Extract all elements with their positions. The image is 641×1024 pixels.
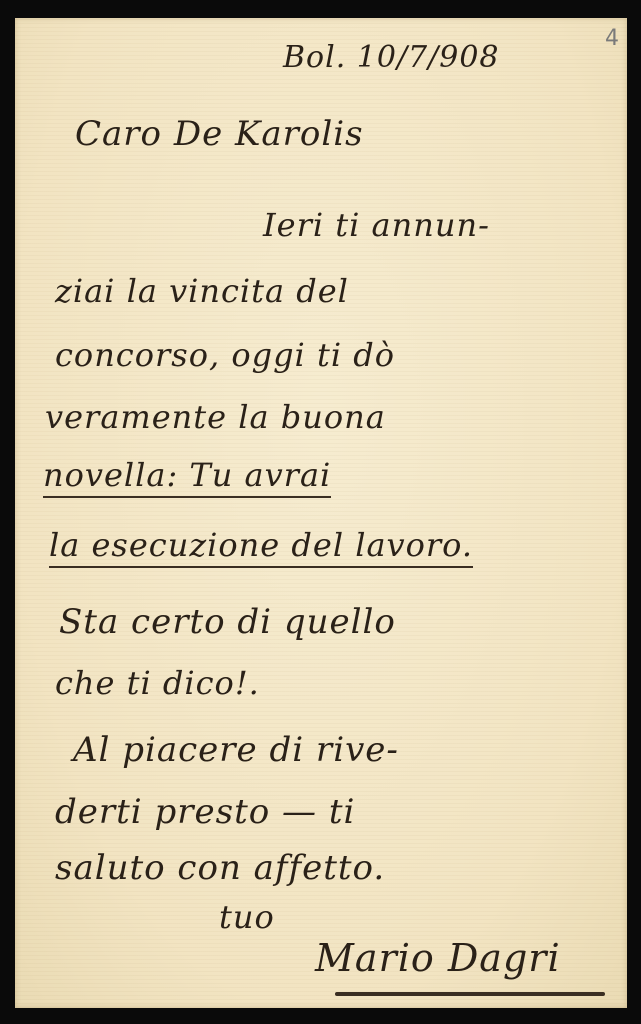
letter-page: 4 Bol. 10/7/908 Caro De Karolis Ieri ti … (15, 18, 627, 1008)
closing: tuo (219, 898, 275, 936)
salutation: Caro De Karolis (75, 114, 364, 154)
body-line-6: la esecuzione del lavoro. (49, 526, 473, 568)
body-line-4-text: veramente la buona (45, 398, 386, 436)
body-line-2: ziai la vincita del (55, 272, 349, 310)
place-date: Bol. 10/7/908 (283, 40, 500, 75)
body-line-3: concorso, oggi ti dò (55, 336, 395, 374)
signature: Mario Dagri (315, 936, 561, 980)
body-line-1: Ieri ti annun- (263, 206, 490, 244)
body-line-10: derti presto — ti (55, 792, 355, 832)
body-line-4: veramente la buona (45, 398, 386, 436)
body-line-7: Sta certo di quello (59, 602, 396, 642)
page-number: 4 (605, 26, 619, 51)
body-line-5: novella: Tu avrai (43, 456, 331, 498)
body-line-9: Al piacere di rive- (73, 730, 399, 770)
body-line-8: che ti dico!. (55, 664, 260, 702)
body-line-11: saluto con affetto. (55, 848, 385, 888)
signature-underline (335, 992, 605, 996)
